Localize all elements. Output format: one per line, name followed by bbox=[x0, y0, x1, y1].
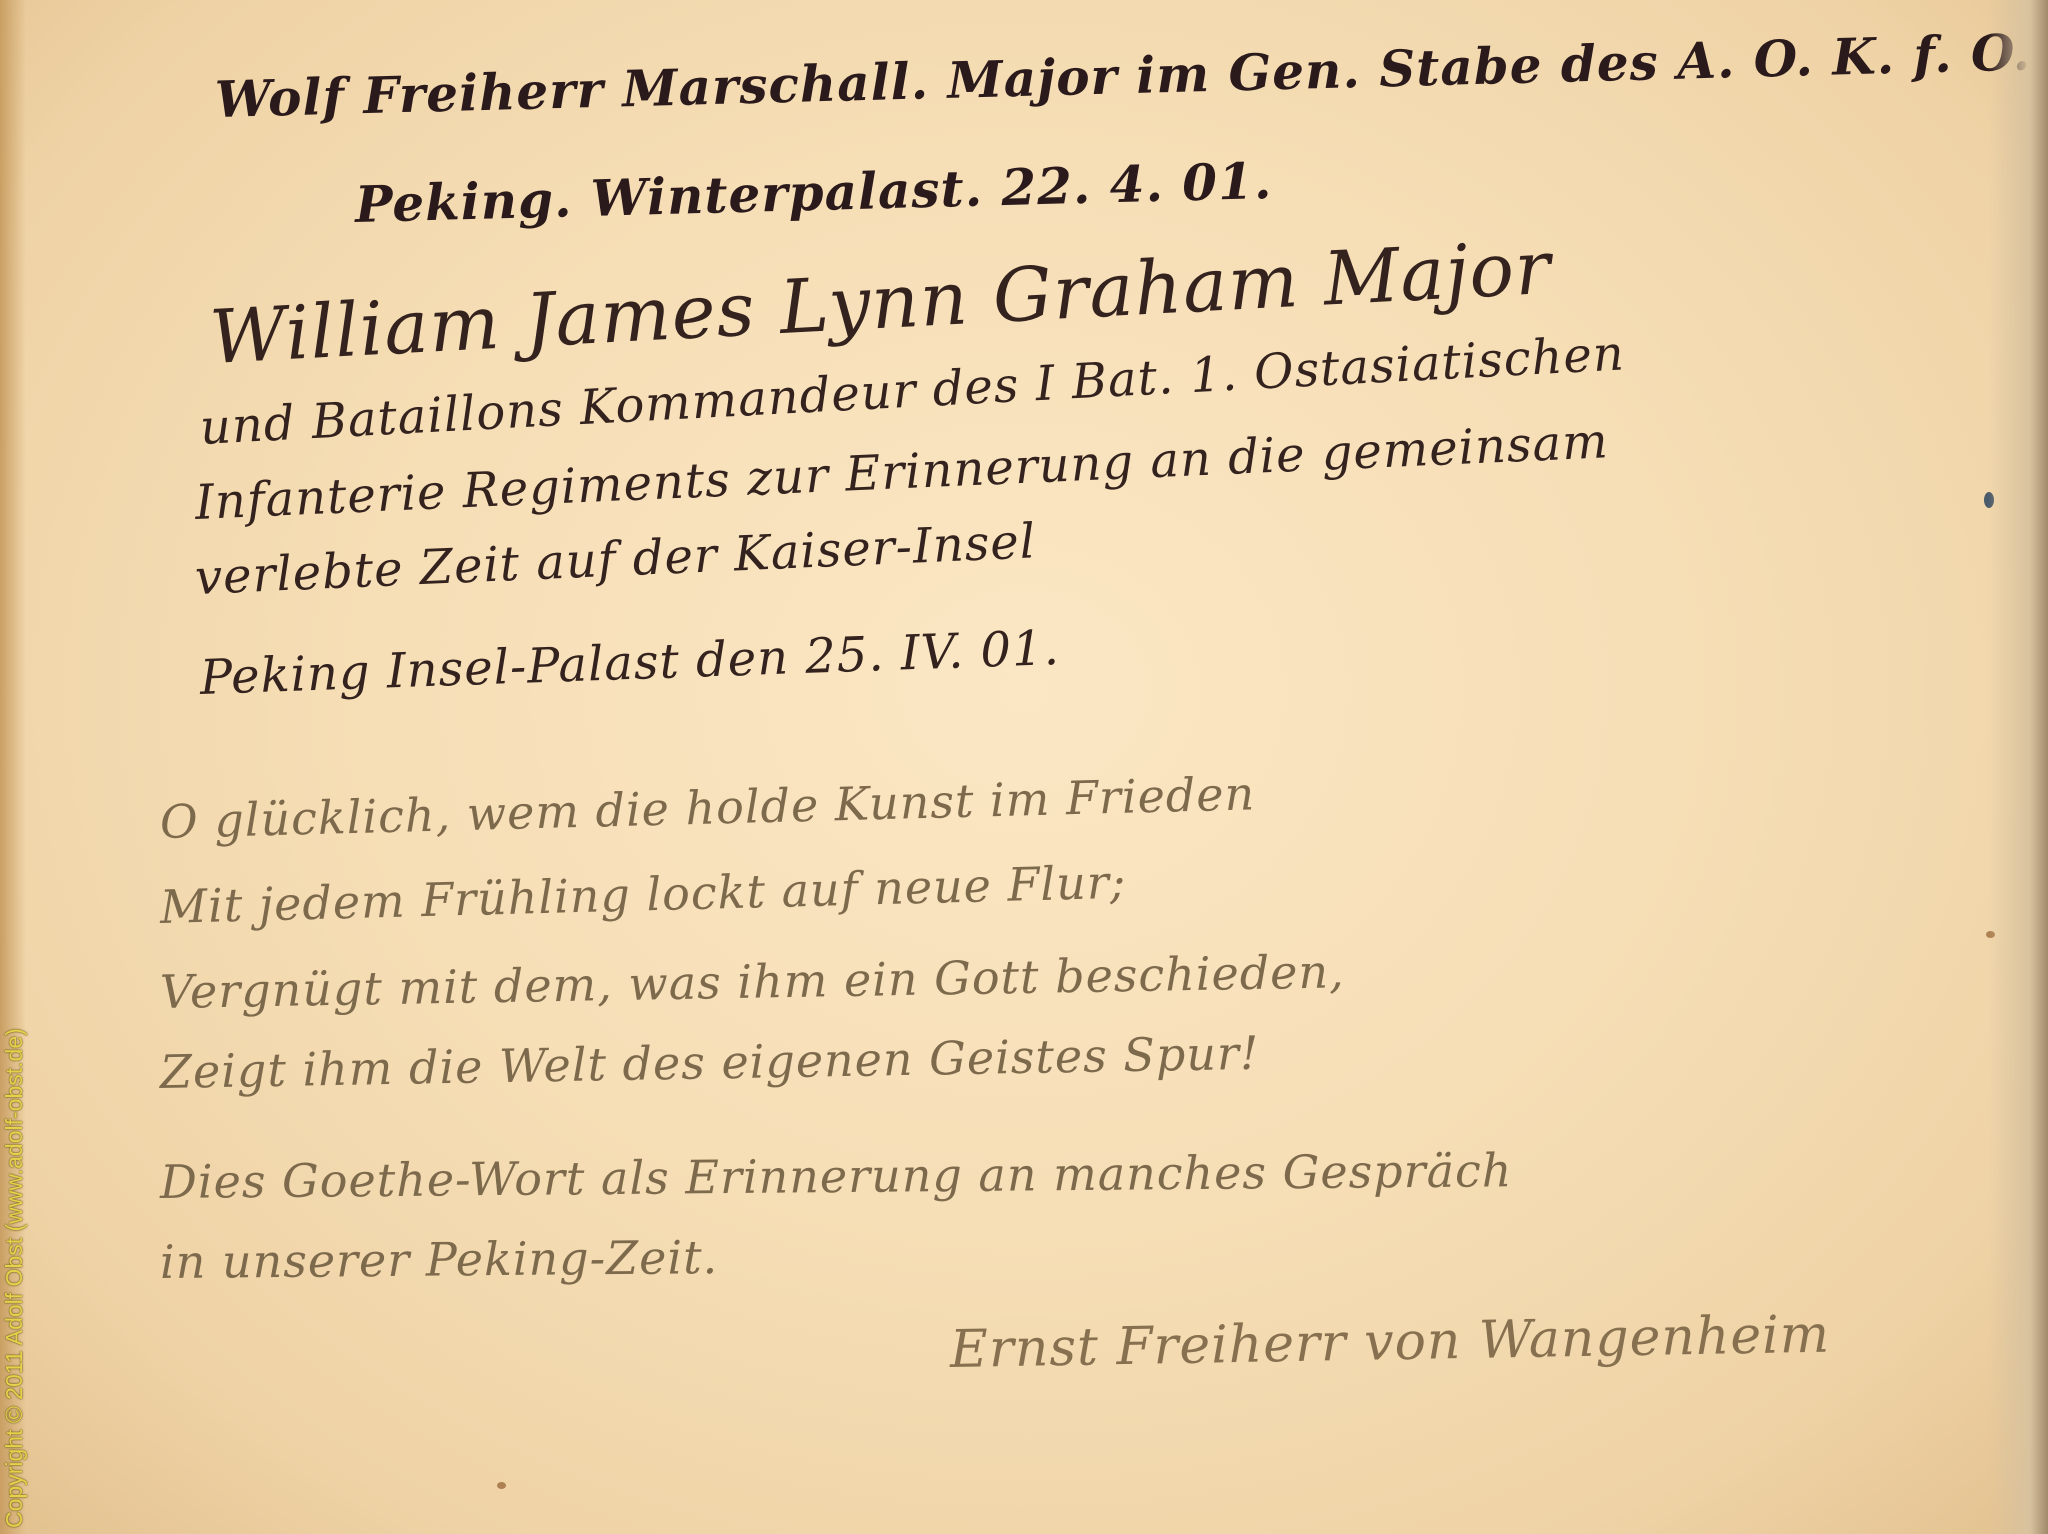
poem-line-3: Vergnügt mit dem, was ihm ein Gott besch… bbox=[160, 944, 1346, 1019]
entry-2-line-5: Peking Insel-Palast den 25. IV. 01. bbox=[199, 620, 1061, 706]
poem-line-4: Zeigt ihm die Welt des eigenen Geistes S… bbox=[160, 1026, 1260, 1099]
foxing-spot bbox=[497, 1482, 506, 1489]
dedication-line-1: Dies Goethe-Wort als Erinnerung an manch… bbox=[160, 1143, 1513, 1209]
copyright-watermark: Copyright © 2011 Adolf Obst (www.adolf-o… bbox=[2, 898, 32, 1528]
foxing-spot bbox=[2030, 1083, 2039, 1090]
album-page: Wolf Freiherr Marschall. Major im Gen. S… bbox=[0, 0, 2048, 1534]
entry-1-line-2: Peking. Winterpalast. 22. 4. 01. bbox=[354, 151, 1273, 234]
entry-2-line-4: verlebte Zeit auf der Kaiser-Insel bbox=[194, 513, 1037, 606]
copyright-text: Copyright © 2011 Adolf Obst (www.adolf-o… bbox=[1, 1028, 28, 1528]
poem-line-2: Mit jedem Frühling lockt auf neue Flur; bbox=[159, 855, 1127, 934]
foxing-spot bbox=[1986, 931, 1995, 938]
dedication-line-2: in unserer Peking-Zeit. bbox=[160, 1230, 719, 1289]
signature: Ernst Freiherr von Wangenheim bbox=[949, 1305, 1830, 1380]
entry-1-line-1: Wolf Freiherr Marschall. Major im Gen. S… bbox=[214, 20, 2048, 129]
poem-line-1: O glücklich, wem die holde Kunst im Frie… bbox=[159, 766, 1255, 849]
ink-blot bbox=[1984, 492, 1994, 508]
